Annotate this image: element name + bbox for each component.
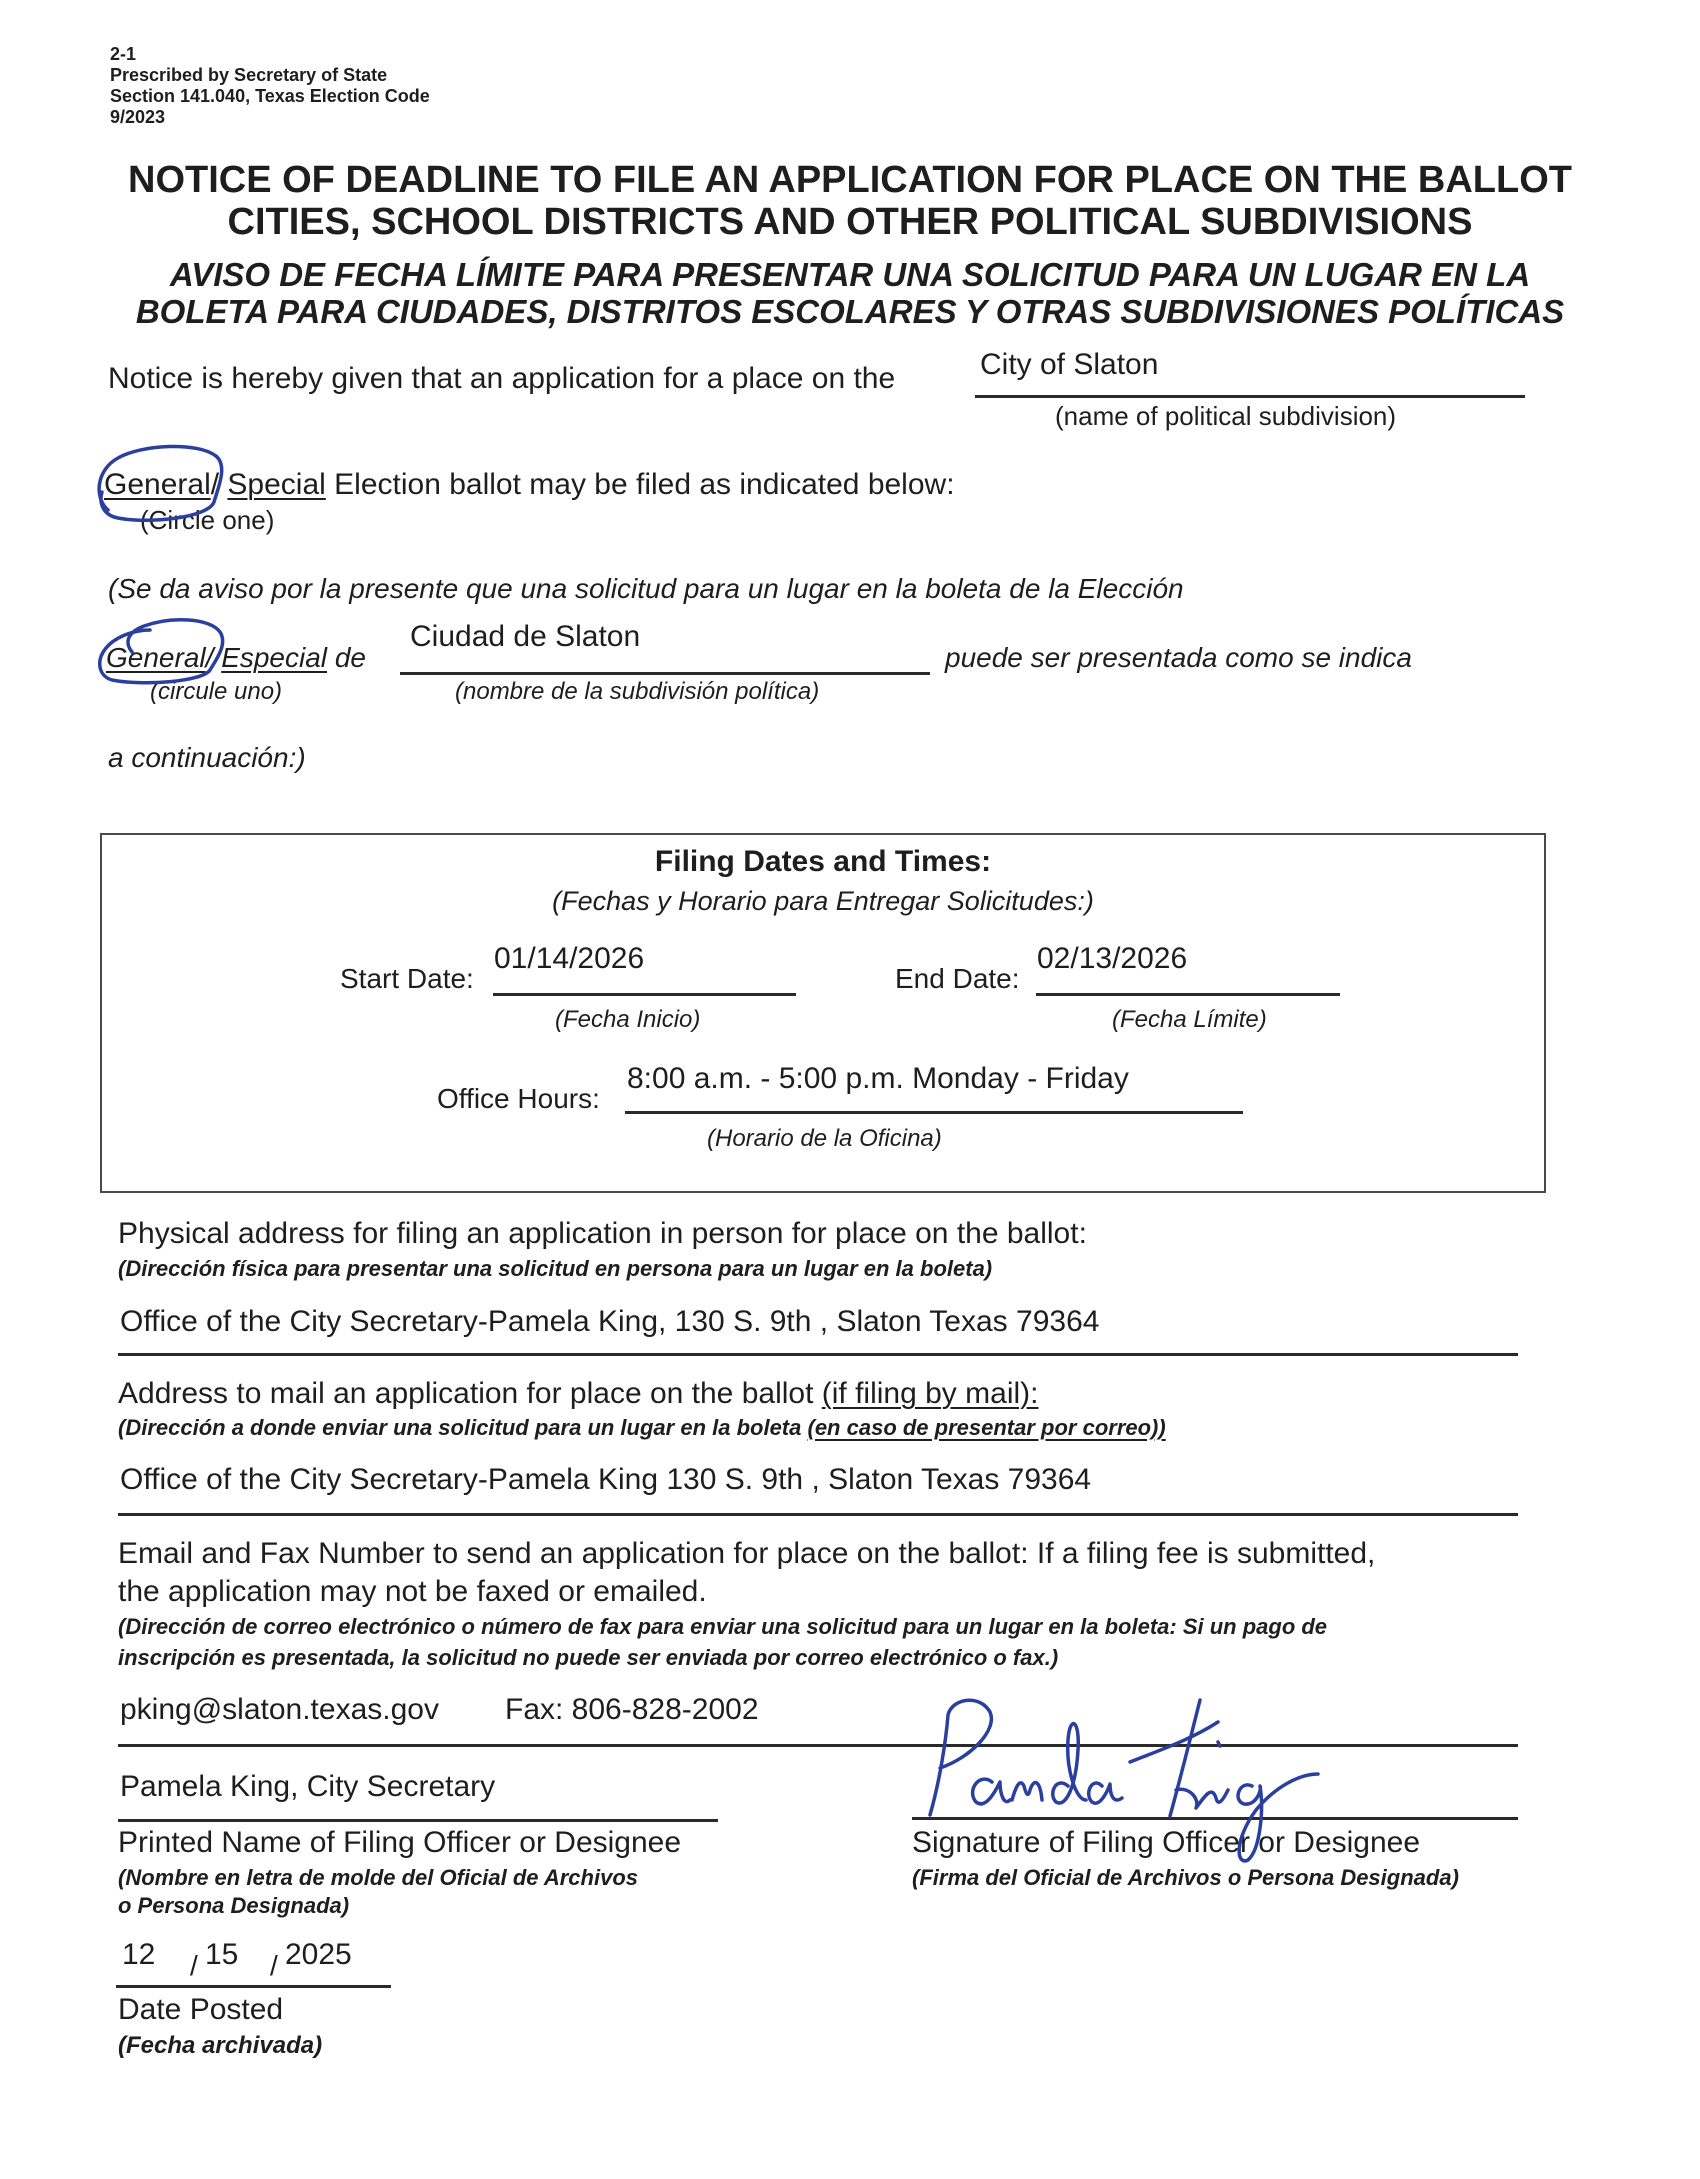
end-date-field[interactable]: 02/13/2026: [1037, 942, 1187, 976]
printed-name-field[interactable]: Pamela King, City Secretary: [120, 1770, 495, 1804]
option-special-es[interactable]: Especial: [221, 642, 327, 673]
filing-heading: Filing Dates and Times:: [100, 845, 1546, 879]
physical-address-field[interactable]: Office of the City Secretary-Pamela King…: [120, 1305, 1099, 1339]
date-posted-year[interactable]: 2025: [285, 1938, 352, 1972]
mail-address-field[interactable]: Office of the City Secretary-Pamela King…: [120, 1463, 1091, 1497]
printed-name-underline: [118, 1819, 718, 1822]
mail-address-underline: [118, 1513, 1518, 1516]
prescribed-by: Prescribed by Secretary of State: [110, 65, 430, 86]
email-fax-underline: [118, 1744, 1518, 1747]
date-posted-underline: [116, 1985, 391, 1988]
mail-address-label-es: (Dirección a donde enviar una solicitud …: [118, 1415, 1166, 1441]
signature-label: Signature of Filing Officer or Designee: [912, 1826, 1420, 1860]
signature-underline: [912, 1817, 1518, 1820]
subdivision-underline-es: [400, 672, 930, 675]
physical-address-label-es: (Dirección física para presentar una sol…: [118, 1256, 992, 1282]
start-date-label: Start Date:: [340, 963, 474, 995]
closing-es: a continuación:): [108, 742, 306, 774]
mail-address-label-es-suffix: (en caso de presentar por correo)): [808, 1415, 1166, 1440]
end-date-underline: [1036, 993, 1340, 996]
office-hours-underline: [625, 1111, 1243, 1114]
date-separator-1: /: [190, 1950, 198, 1982]
office-hours-label: Office Hours:: [437, 1083, 600, 1115]
title-en-line2: CITIES, SCHOOL DISTRICTS AND OTHER POLIT…: [0, 200, 1700, 244]
fax-field[interactable]: Fax: 806-828-2002: [505, 1693, 759, 1727]
revision-date: 9/2023: [110, 107, 430, 128]
continuation-es: puede ser presentada como se indica: [945, 642, 1412, 674]
mail-address-label-suffix: (if filing by mail):: [822, 1377, 1039, 1410]
mail-address-label-es-main: (Dirección a donde enviar una solicitud …: [118, 1415, 801, 1440]
form-header-meta: 2-1 Prescribed by Secretary of State Sec…: [110, 44, 430, 128]
subdivision-field-es[interactable]: Ciudad de Slaton: [410, 620, 640, 654]
political-subdivision-label: (name of political subdivision): [1055, 401, 1396, 432]
mail-address-label-main: Address to mail an application for place…: [118, 1377, 813, 1410]
title-en-line1: NOTICE OF DEADLINE TO FILE AN APPLICATIO…: [0, 158, 1700, 202]
notice-intro-es: (Se da aviso por la presente que una sol…: [108, 573, 1184, 605]
notice-intro-en: Notice is hereby given that an applicati…: [108, 362, 895, 396]
form-number: 2-1: [110, 44, 430, 65]
political-subdivision-field[interactable]: City of Slaton: [980, 348, 1158, 382]
email-fax-label-es-line1: (Dirección de correo electrónico o númer…: [118, 1614, 1327, 1640]
de-word: de: [335, 642, 366, 673]
date-posted-month[interactable]: 12: [122, 1938, 155, 1972]
election-continuation-en: Election ballot may be filed as indicate…: [334, 468, 954, 501]
circle-hint-es: (circule uno): [150, 678, 282, 706]
printed-name-label: Printed Name of Filing Officer or Design…: [118, 1826, 681, 1860]
title-es-line2: BOLETA PARA CIUDADES, DISTRITOS ESCOLARE…: [0, 292, 1700, 332]
start-date-field[interactable]: 01/14/2026: [494, 942, 644, 976]
end-date-label-es: (Fecha Límite): [1112, 1006, 1267, 1034]
date-posted-label-es: (Fecha archivada): [118, 2032, 322, 2060]
subdivision-label-es: (nombre de la subdivisión política): [455, 678, 819, 706]
start-date-underline: [493, 993, 796, 996]
option-special-en[interactable]: Special: [227, 468, 325, 501]
physical-address-label: Physical address for filing an applicati…: [118, 1217, 1087, 1251]
email-fax-label-line1: Email and Fax Number to send an applicat…: [118, 1537, 1375, 1571]
physical-address-underline: [118, 1353, 1518, 1356]
option-separator-es: /: [206, 642, 214, 673]
filing-heading-es: (Fechas y Horario para Entregar Solicitu…: [100, 886, 1546, 917]
printed-name-label-es-line2: o Persona Designada): [118, 1893, 349, 1919]
political-subdivision-underline: [975, 395, 1525, 398]
mail-address-label: Address to mail an application for place…: [118, 1377, 1038, 1411]
date-separator-2: /: [270, 1950, 278, 1982]
date-posted-day[interactable]: 15: [205, 1938, 238, 1972]
end-date-label: End Date:: [895, 963, 1020, 995]
title-es-line1: AVISO DE FECHA LÍMITE PARA PRESENTAR UNA…: [0, 255, 1700, 295]
email-field[interactable]: pking@slaton.texas.gov: [120, 1693, 439, 1727]
date-posted-label: Date Posted: [118, 1993, 283, 2027]
option-general-en[interactable]: General: [104, 468, 211, 501]
email-fax-label-es-line2: inscripción es presentada, la solicitud …: [118, 1645, 1058, 1671]
start-date-label-es: (Fecha Inicio): [555, 1006, 700, 1034]
election-type-line-en: General/ Special Election ballot may be …: [104, 468, 955, 502]
option-general-es[interactable]: General: [106, 642, 206, 673]
election-type-line-es: General/ Especial de: [106, 642, 366, 674]
option-separator-en: /: [211, 468, 219, 501]
printed-name-label-es-line1: (Nombre en letra de molde del Oficial de…: [118, 1865, 638, 1891]
signature-label-es: (Firma del Oficial de Archivos o Persona…: [912, 1865, 1459, 1891]
office-hours-field[interactable]: 8:00 a.m. - 5:00 p.m. Monday - Friday: [627, 1062, 1129, 1096]
statute-section: Section 141.040, Texas Election Code: [110, 86, 430, 107]
circle-hint-en: (Circle one): [140, 505, 274, 536]
email-fax-label-line2: the application may not be faxed or emai…: [118, 1575, 707, 1609]
office-hours-label-es: (Horario de la Oficina): [707, 1125, 942, 1153]
